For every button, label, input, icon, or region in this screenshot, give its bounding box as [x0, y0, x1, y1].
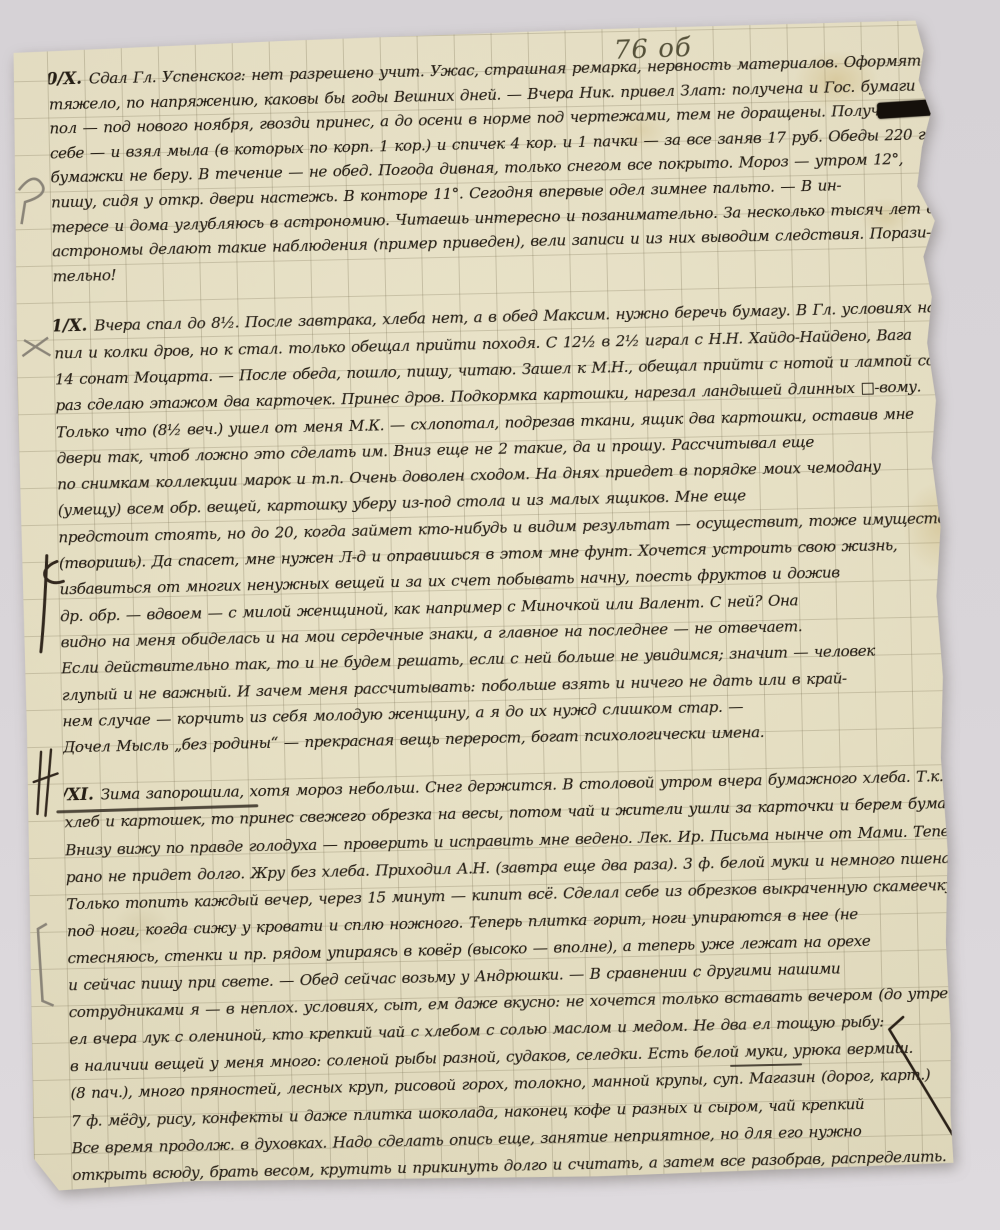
entry-marker-strokes-icon — [33, 750, 58, 817]
entry-date: 31/X. — [48, 316, 87, 336]
entries: 30/X.Сдал Гл. Успенског: нет разрешено у… — [48, 48, 956, 1183]
entry-date: 30/X. — [48, 69, 82, 89]
diary-entry: 31/X.Вчера спал до 8½. После завтрака, х… — [54, 295, 948, 761]
diary-page-photo: 76 об 30/X.Сдал Гл. Успенског: нет разре… — [10, 20, 973, 1192]
photo-background: { "photo": { "description_colors": { "ba… — [0, 0, 1000, 1230]
graph-paper-sheet: 76 об 30/X.Сдал Гл. Успенског: нет разре… — [10, 20, 973, 1192]
pencil-bracket-icon — [38, 924, 54, 1006]
entry-date: 1/XI. — [50, 785, 94, 805]
diary-entry: 1/XI.Зима запорошила, хотя мороз небольш… — [64, 762, 957, 1183]
diary-entry: 30/X.Сдал Гл. Успенског: нет разрешено у… — [48, 48, 937, 289]
ink-redaction-blot — [877, 98, 948, 119]
pencil-cross-icon — [22, 338, 50, 357]
pencil-scrawl-icon — [19, 179, 45, 225]
